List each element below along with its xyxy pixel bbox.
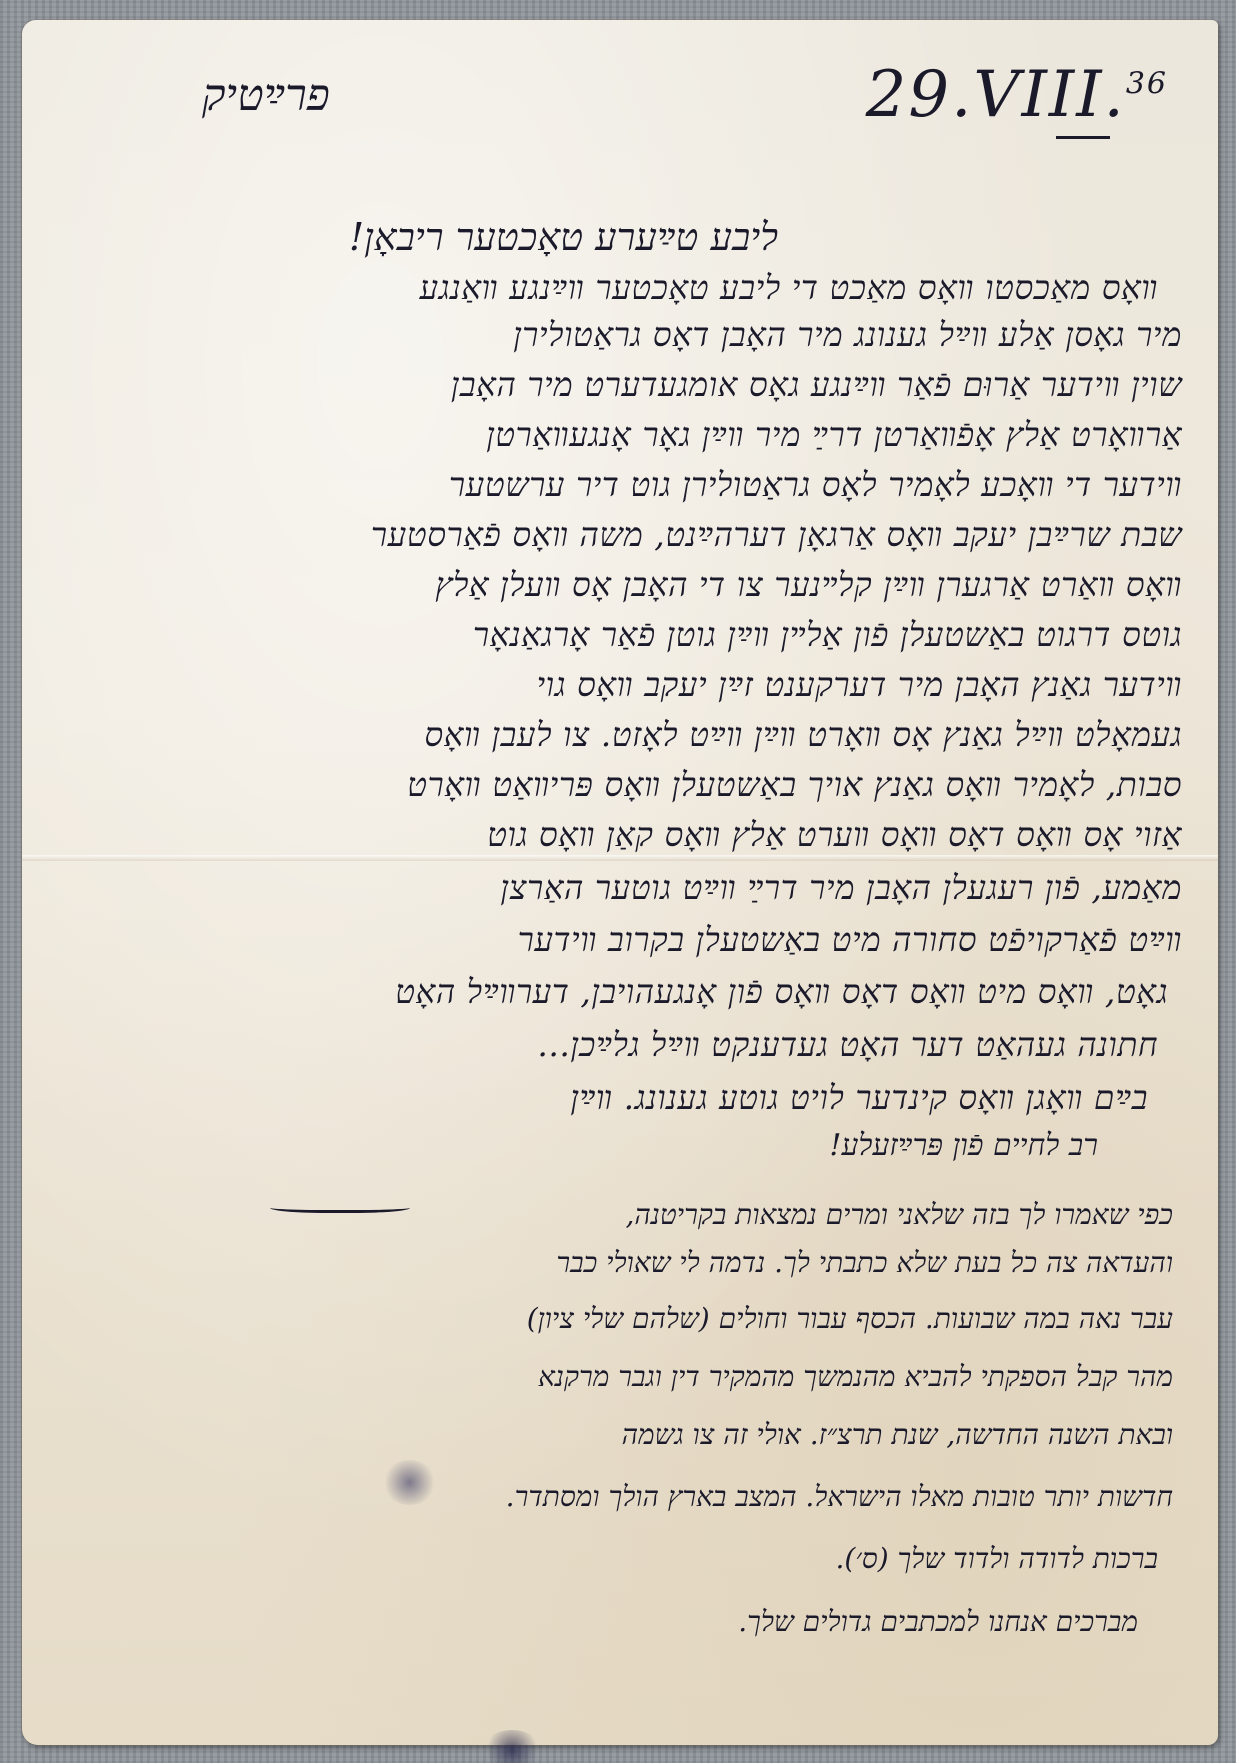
wavy-underline bbox=[270, 1200, 410, 1213]
fold-crease bbox=[22, 855, 1218, 861]
body-line: חתונה געהאַט דער האָט געדענקט װײַל גלײַכ… bbox=[537, 1025, 1158, 1065]
body-line: ובאת השנה החדשה, שנת תרצ״ז. אולי זה צו ג… bbox=[622, 1418, 1173, 1452]
body-line: אַזוי אָס װאָס דאָס װאָס װערט אַלץ װאָס … bbox=[487, 815, 1182, 855]
body-line: מיר גאָסן אַלע װײַל גענונג מיר האָבן דאָ… bbox=[513, 315, 1182, 355]
body-line: אַרװאָרט אַלץ אָפֿװאַרטן דרײַ מיר װײַן ג… bbox=[486, 415, 1182, 455]
body-line: געמאָלט װײַל גאַנץ אָס װאָרט װײַן װײַט ל… bbox=[424, 715, 1182, 755]
letter-day-heading: פרײַטיק bbox=[202, 70, 330, 121]
body-line: שבת שרײַבן יעקב װאָס אַרגאָן דערהײַנט, מ… bbox=[371, 515, 1182, 555]
ink-stain bbox=[382, 1460, 437, 1505]
ink-stain bbox=[482, 1730, 542, 1763]
body-line: מהר קבל הספקתי להביא מהנמשך מהמקיר דין ו… bbox=[538, 1360, 1173, 1394]
body-line: מברכים אנחנו למכתבים גדולים שלך. bbox=[738, 1605, 1138, 1639]
yiddish-sign-off: רב לחיים פֿון פּרײַזעלע! bbox=[829, 1128, 1098, 1163]
body-line: װידער די װאָכע לאָמיר לאָס גראַטולירן גו… bbox=[449, 465, 1182, 505]
letter-greeting: ליבע טײַערע טאָכטער ריבאָן! bbox=[349, 215, 778, 260]
body-line: סבות, לאָמיר װאָס גאַנץ אויך באַשטעלן װא… bbox=[407, 765, 1182, 805]
body-line: װאָס װאַרט אַרגערן װײַן קלײנער צו די האָ… bbox=[435, 565, 1182, 605]
body-line: װאָס מאַכסטו װאָס מאַכט די ליבע טאָכטער … bbox=[419, 268, 1158, 308]
body-line: חדשות יותר טובות מאלו הישראל. המצב בארץ … bbox=[506, 1480, 1173, 1514]
body-line: עבר נאה במה שבועות. הכסף עבור וחולים (של… bbox=[527, 1302, 1173, 1336]
body-line: מאַמע, פֿון רעגעלן האָבן מיר דרײַ װײַט ג… bbox=[500, 868, 1182, 908]
date-underline bbox=[1056, 136, 1110, 139]
body-line: װײַט פֿאַרקויפֿט סחורה מיט באַשטעלן בקרו… bbox=[518, 920, 1182, 960]
date-year: 36 bbox=[1126, 67, 1168, 102]
date-day-month: 29.VIII. bbox=[866, 58, 1126, 132]
body-line: כפי שאמרו לך בזה שלאני ומרים נמצאות בקרי… bbox=[625, 1198, 1173, 1232]
body-line: בײַם װאָגן װאָס קינדער לויט גוטע גענונג.… bbox=[570, 1078, 1148, 1118]
body-line: ברכות לדודה ולדוד שלך (ס׳). bbox=[836, 1542, 1159, 1576]
body-line: גאָט, װאָס מיט װאָס דאָס װאָס פֿון אָנגע… bbox=[395, 972, 1168, 1012]
body-line: שוין װידער אַרוּם פֿאַר װײַנגע גאָס אומג… bbox=[451, 365, 1182, 405]
letter-paper: פרײַטיק 29.VIII.36 ליבע טײַערע טאָכטער ר… bbox=[22, 20, 1218, 1745]
body-line: װידער גאַנץ האָבן מיר דערקענט זײַן יעקב … bbox=[536, 665, 1182, 705]
body-line: והעדאה צה כל בעת שלא כתבתי לך. נדמה לי ש… bbox=[556, 1246, 1173, 1280]
letter-date: 29.VIII.36 bbox=[866, 58, 1168, 132]
body-line: גוטס דרגוט באַשטעלן פֿון אַלײן װײַן גוטן… bbox=[473, 615, 1182, 655]
